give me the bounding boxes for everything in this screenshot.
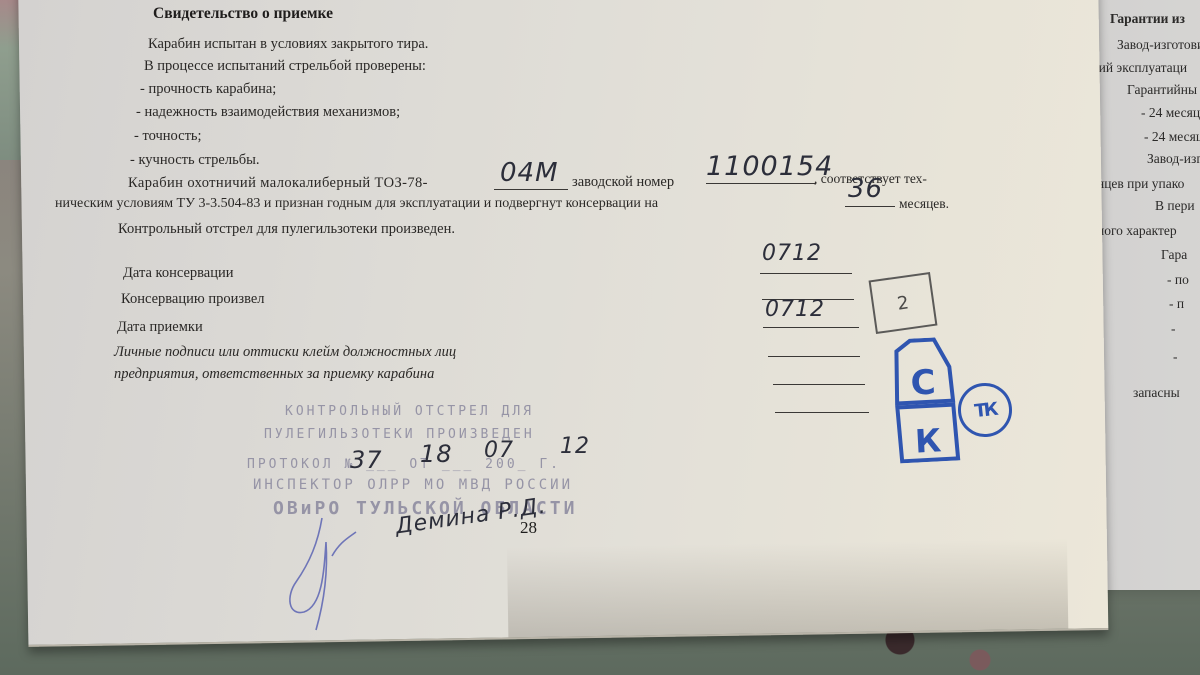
right-page-line: Завод-изготови bbox=[1117, 38, 1200, 52]
right-page-heading: Гарантии из bbox=[1110, 12, 1185, 26]
list-item: - точность; bbox=[134, 129, 202, 144]
page-title: Свидетельство о приемке bbox=[153, 6, 333, 22]
protocol-year: 12 bbox=[560, 436, 590, 458]
model-underline bbox=[494, 189, 568, 190]
model-sentence-part2: заводской номер bbox=[572, 175, 674, 190]
control-shot-text: Контрольный отстрел для пулегильзотеки п… bbox=[118, 222, 455, 237]
right-page-line: Гара bbox=[1161, 248, 1187, 262]
signatures-label-line2: предприятия, ответственных за приемку ка… bbox=[114, 367, 434, 382]
sk-stamp: С К bbox=[890, 336, 962, 463]
model-sentence-part1: Карабин охотничий малокалиберный ТОЗ-78- bbox=[128, 176, 428, 191]
inspector-number: 28 bbox=[520, 519, 537, 536]
model-sentence-part4: ническим условиям ТУ 3-3.504-83 и призна… bbox=[55, 197, 658, 211]
right-page-line: Завод-изг bbox=[1147, 152, 1200, 166]
police-stamp-line1: КОНТРОЛЬНЫЙ ОТСТРЕЛ ДЛЯ bbox=[285, 405, 534, 418]
field-label-conserved-by: Консервацию произвел bbox=[121, 292, 265, 307]
right-page-line: В пери bbox=[1155, 199, 1195, 213]
field-underline bbox=[768, 356, 860, 357]
body-line: В процессе испытаний стрельбой проверены… bbox=[144, 59, 426, 74]
right-page-line: - п bbox=[1169, 297, 1184, 311]
sk-stamp-top-letter: С bbox=[910, 363, 937, 404]
field-value-conserved-by: 0712 bbox=[765, 299, 825, 321]
number-stamp-value: 2 bbox=[896, 292, 910, 314]
list-item: - надежность взаимодействия механизмов; bbox=[136, 105, 400, 120]
sk-stamp-bottom-letter: К bbox=[914, 421, 942, 460]
list-item: - прочность карабина; bbox=[140, 82, 276, 97]
model-sentence-part5: месяцев. bbox=[899, 197, 949, 211]
right-page-line: Гарантийны bbox=[1127, 83, 1197, 97]
right-page-line: сяцев при упако bbox=[1092, 177, 1184, 191]
right-page-line: - 24 месяце bbox=[1141, 106, 1200, 120]
right-page-line: - 24 месяц bbox=[1144, 130, 1200, 144]
model-value: 04М bbox=[500, 160, 559, 186]
tk-stamp-letters: ТК bbox=[973, 398, 996, 421]
right-page-line: - bbox=[1173, 350, 1178, 364]
signature-line bbox=[775, 412, 869, 413]
right-page-line: - bbox=[1171, 322, 1176, 336]
right-page-line: ного характер bbox=[1097, 224, 1177, 238]
field-underline bbox=[760, 273, 852, 274]
police-stamp-line4: ИНСПЕКТОР ОЛРР МО МВД РОССИИ bbox=[253, 478, 573, 492]
protocol-day: 18 bbox=[420, 442, 453, 466]
months-value: 36 bbox=[848, 176, 883, 202]
body-line: Карабин испытан в условиях закрытого тир… bbox=[148, 37, 428, 52]
number-stamp: 2 bbox=[869, 272, 938, 334]
inspector-signature bbox=[282, 512, 362, 642]
signature-line bbox=[773, 384, 865, 385]
field-label-acceptance-date: Дата приемки bbox=[117, 320, 203, 335]
list-item: - кучность стрельбы. bbox=[130, 153, 259, 168]
field-underline bbox=[763, 327, 859, 328]
right-page-line: - по bbox=[1167, 273, 1189, 287]
field-value-conservation-date: 0712 bbox=[762, 243, 822, 265]
protocol-number: 37 bbox=[350, 448, 383, 472]
protocol-month: 07 bbox=[484, 440, 514, 462]
signatures-label-line1: Личные подписи или оттиски клейм должнос… bbox=[114, 345, 456, 360]
page-shadow bbox=[507, 539, 1068, 638]
serial-underline bbox=[706, 183, 816, 184]
months-underline bbox=[845, 206, 895, 207]
right-page-line: запасны bbox=[1133, 386, 1180, 400]
field-label-conservation-date: Дата консервации bbox=[123, 266, 234, 281]
